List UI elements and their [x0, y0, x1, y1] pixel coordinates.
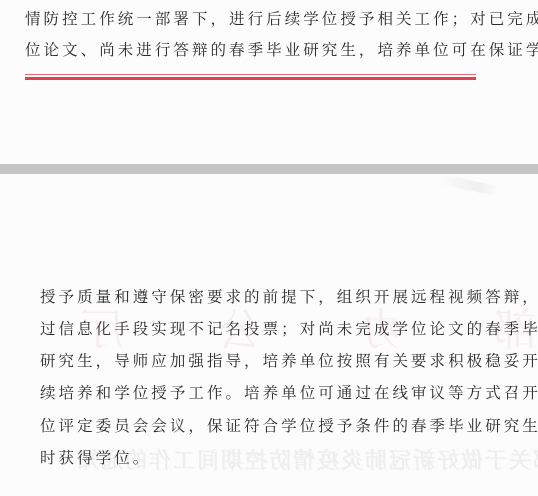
text-line: 时获得学位。	[40, 448, 151, 468]
text-line: 授予质量和遵守保密要求的前提下，组织开展远程视频答辩，并通	[40, 287, 538, 307]
page-top: 情防控工作统一部署下，进行后续学位授予相关工作；对已完成学 位论文、尚未进行答辩…	[0, 0, 538, 164]
text-line: 续培养和学位授予工作。培养单位可通过在线审议等方式召开学	[40, 383, 538, 403]
red-rule-thin	[25, 74, 476, 75]
text-line: 位论文、尚未进行答辩的春季毕业研究生，培养单位可在保证学位	[25, 40, 538, 60]
page-separator	[0, 164, 538, 174]
text-line: 过信息化手段实现不记名投票；对尚未完成学位论文的春季毕业	[40, 319, 538, 339]
text-line: 位评定委员会会议，保证符合学位授予条件的春季毕业研究生及	[40, 416, 538, 436]
document-viewer[interactable]: 情防控工作统一部署下，进行后续学位授予相关工作；对已完成学 位论文、尚未进行答辩…	[0, 0, 538, 496]
text-line: 情防控工作统一部署下，进行后续学位授予相关工作；对已完成学	[25, 9, 538, 29]
page-bottom: 教 育 部 办 公 厅 教育部关于做好新冠肺炎疫情防控期间工作的通知 授予质量和…	[0, 174, 538, 496]
text-line: 研究生，导师应加强指导，培养单位按照有关要求积极稳妥开展后	[40, 351, 538, 371]
red-rule-thick	[25, 77, 476, 80]
scan-shadow	[438, 174, 499, 196]
